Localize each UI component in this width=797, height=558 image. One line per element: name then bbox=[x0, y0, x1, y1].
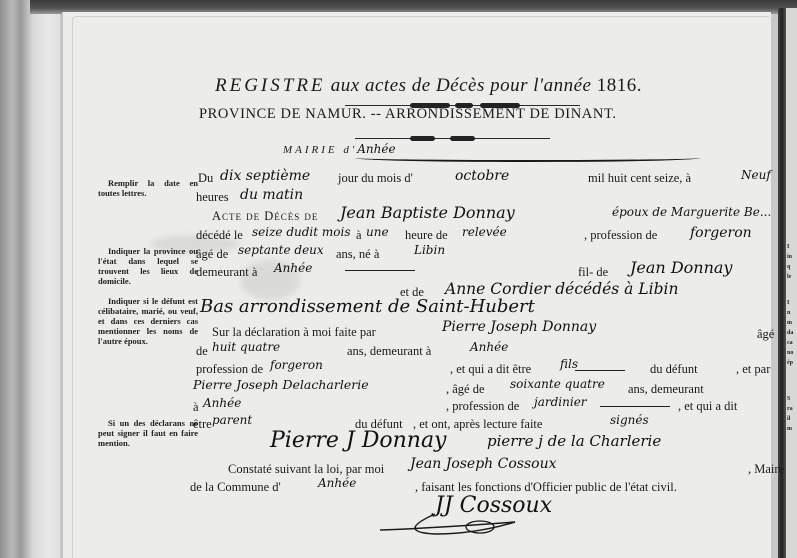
hw-day: dix septième bbox=[220, 168, 310, 184]
label-age-de: , âgé de bbox=[446, 382, 485, 397]
label-du: Du bbox=[198, 171, 213, 186]
next-page-fragment: da bbox=[787, 330, 793, 337]
label-profession-de: , profession de bbox=[446, 399, 519, 414]
margin-note-civil-status: Indiquer si le défunt est célibataire, m… bbox=[98, 296, 198, 346]
mairie-flourish bbox=[355, 154, 700, 162]
hw-age: septante deux bbox=[238, 243, 324, 257]
next-page-fragment: m bbox=[787, 426, 792, 433]
hw-declarant1-age: huit quatre bbox=[212, 340, 280, 354]
label-ans-demeurant-a: ans, demeurant à bbox=[347, 344, 431, 359]
hw-profession: forgeron bbox=[690, 225, 752, 241]
label-a: à bbox=[356, 228, 362, 243]
label-age-de: âgé de bbox=[196, 247, 228, 262]
hw-declarant2-relation: parent bbox=[212, 413, 252, 427]
book-binding bbox=[0, 0, 60, 558]
label-jour-du-mois: jour du mois d' bbox=[338, 171, 413, 186]
margin-note-date: Remplir la date en toutes lettres. bbox=[98, 178, 198, 198]
hw-declarant1-residence: Anhée bbox=[470, 340, 508, 354]
label-de-la-commune: de la Commune d' bbox=[190, 480, 281, 495]
label-et-par: , et par bbox=[736, 362, 770, 377]
signature-declarant2: pierre j de la Charlerie bbox=[487, 432, 661, 450]
label-ans-ne-a: ans, né à bbox=[336, 247, 379, 262]
next-page-fragment: q bbox=[787, 264, 790, 271]
next-page-fragment: ra bbox=[787, 406, 793, 413]
hw-deceased-name: Jean Baptiste Donnay bbox=[340, 203, 515, 222]
hw-hour: Neuf bbox=[741, 168, 771, 182]
next-page-fragment: il bbox=[787, 416, 790, 423]
label-etre: être bbox=[193, 417, 212, 432]
margin-note-declarants: Si un des déclarans ne peut signer il fa… bbox=[98, 418, 198, 448]
next-page-fragment: n bbox=[787, 310, 790, 317]
title-year: 1816. bbox=[597, 75, 642, 96]
label-maire: , Maire bbox=[748, 462, 784, 477]
label-profession-de: , profession de bbox=[584, 228, 657, 243]
hw-declarant2-name: Pierre Joseph Delacharlerie bbox=[193, 377, 369, 392]
hw-father: Jean Donnay bbox=[630, 258, 732, 277]
next-page-fragment: no bbox=[787, 350, 793, 357]
label-profession-de: profession de bbox=[196, 362, 263, 377]
next-page-fragment: I bbox=[787, 244, 789, 251]
next-page-fragment: ca bbox=[787, 340, 793, 347]
blank-line bbox=[600, 406, 670, 407]
blank-line bbox=[345, 270, 415, 271]
hw-death-date: seize dudit mois bbox=[252, 225, 351, 239]
hw-declarant2-residence: Anhée bbox=[203, 396, 241, 410]
province-line: PROVINCE DE NAMUR. -- ARRONDISSEMENT DE … bbox=[199, 106, 779, 123]
signature-declarant1: Pierre J Donnay bbox=[270, 428, 446, 453]
hw-residence: Anhée bbox=[274, 261, 312, 275]
next-page-fragment: le bbox=[787, 274, 791, 281]
label-du-defunt: du défunt bbox=[650, 362, 698, 377]
blank-line bbox=[575, 370, 625, 371]
next-page-fragment: I bbox=[787, 300, 789, 307]
next-page-edge: I in q le I n m da ca no ép S ra il m bbox=[786, 8, 797, 558]
label-year-text: mil huit cent seize, à bbox=[588, 171, 691, 186]
hw-period: relevée bbox=[462, 225, 507, 239]
hw-declarant1-relation: fils bbox=[560, 357, 578, 371]
next-page-fragment: S bbox=[787, 396, 790, 403]
label-ans-demeurant: ans, demeurant bbox=[628, 382, 704, 397]
hw-signed: signés bbox=[610, 413, 649, 427]
label-heure-de: heure de bbox=[405, 228, 448, 243]
label-acte-de-deces: Acte de Décès de bbox=[212, 209, 318, 224]
hw-declarant1-profession: forgeron bbox=[270, 358, 323, 372]
hw-spouse: époux de Marguerite Be... bbox=[612, 205, 771, 219]
title-subtitle: aux actes de Décès pour l'année bbox=[331, 75, 592, 96]
next-page-fragment: m bbox=[787, 320, 792, 327]
margin-note-province: Indiquer la province ou l'état dans lequ… bbox=[98, 246, 198, 286]
hw-time-of-day: du matin bbox=[240, 187, 303, 203]
label-fils-de: fil- de bbox=[578, 265, 608, 280]
label-heures: heures bbox=[196, 190, 229, 205]
label-decede-le: décédé le bbox=[196, 228, 243, 243]
hw-place-note: Bas arrondissement de Saint-Hubert bbox=[200, 296, 535, 317]
hw-mayor-name: Jean Joseph Cossoux bbox=[410, 456, 557, 472]
label-constate: Constaté suivant la loi, par moi bbox=[228, 462, 384, 477]
hw-declarant1-name: Pierre Joseph Donnay bbox=[442, 319, 596, 335]
province-ornament bbox=[355, 137, 550, 141]
label-qui-a-dit-etre: , et qui a dit être bbox=[450, 362, 531, 377]
hw-month: octobre bbox=[455, 168, 509, 184]
next-page-fragment: in bbox=[787, 254, 792, 261]
label-age: âgé bbox=[757, 327, 774, 342]
hw-commune: Anhée bbox=[318, 476, 356, 490]
next-page-fragment: ép bbox=[787, 360, 793, 367]
signature-flourish bbox=[375, 500, 575, 540]
label-de: de bbox=[196, 344, 208, 359]
hw-death-hour: une bbox=[366, 225, 389, 239]
label-et-qui-a-dit: , et qui a dit bbox=[678, 399, 737, 414]
title-registre: REGISTRE bbox=[215, 75, 326, 96]
label-a: à bbox=[193, 400, 199, 415]
hw-declarant2-age: soixante quatre bbox=[510, 377, 605, 391]
register-title: REGISTRE aux actes de Décès pour l'année… bbox=[215, 75, 775, 97]
hw-birthplace: Libin bbox=[414, 243, 445, 257]
mairie-label: MAIRIE d' bbox=[283, 144, 357, 156]
label-sur-la-declaration: Sur la déclaration à moi faite par bbox=[212, 325, 376, 340]
label-demeurant-a: demeurant à bbox=[196, 265, 257, 280]
hw-declarant2-profession: jardinier bbox=[534, 395, 587, 409]
